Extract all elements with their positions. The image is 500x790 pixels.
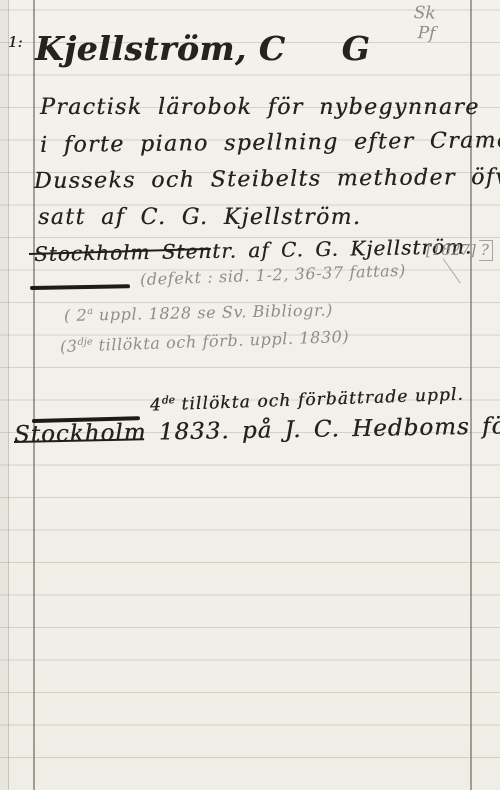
note3-superscript: dje [77,337,93,349]
title-line-1: Practisk lärobok för nybegynnare [40,95,480,120]
title-line-3: Dusseks och Steibelts methoder öfver: [34,165,500,194]
margin-rule-left [33,0,35,790]
imprint2-struck-text: Stockholm [14,420,147,448]
shelfmark: Sk Pf [412,3,436,44]
title-line-2: i forte piano spellning efter Cramers, [40,128,500,158]
edition4-superscript: de [162,394,175,406]
author-surname: Kjellström, C [35,29,286,68]
author-heading: Kjellström, CG [35,29,370,68]
shelfmark-line1: Sk [413,3,436,24]
title-line-4: satt af C. G. Kjellström. [38,205,361,230]
note3-number: 3 [67,336,78,355]
entry-number: 1: [8,33,23,51]
year-question-mark: ? [479,240,493,261]
note2-open: ( [64,306,77,325]
year-annotation: [1827]? [426,241,493,259]
author-initial: G [342,29,371,68]
year-bracketed: [1827] [426,241,476,259]
shelfmark-line2: Pf [417,23,435,44]
catalog-card: 1: Sk Pf Kjellström, CG Practisk lärobok… [0,0,500,790]
edition4-number: 4 [150,395,163,415]
note2-number: 2 [76,306,87,325]
